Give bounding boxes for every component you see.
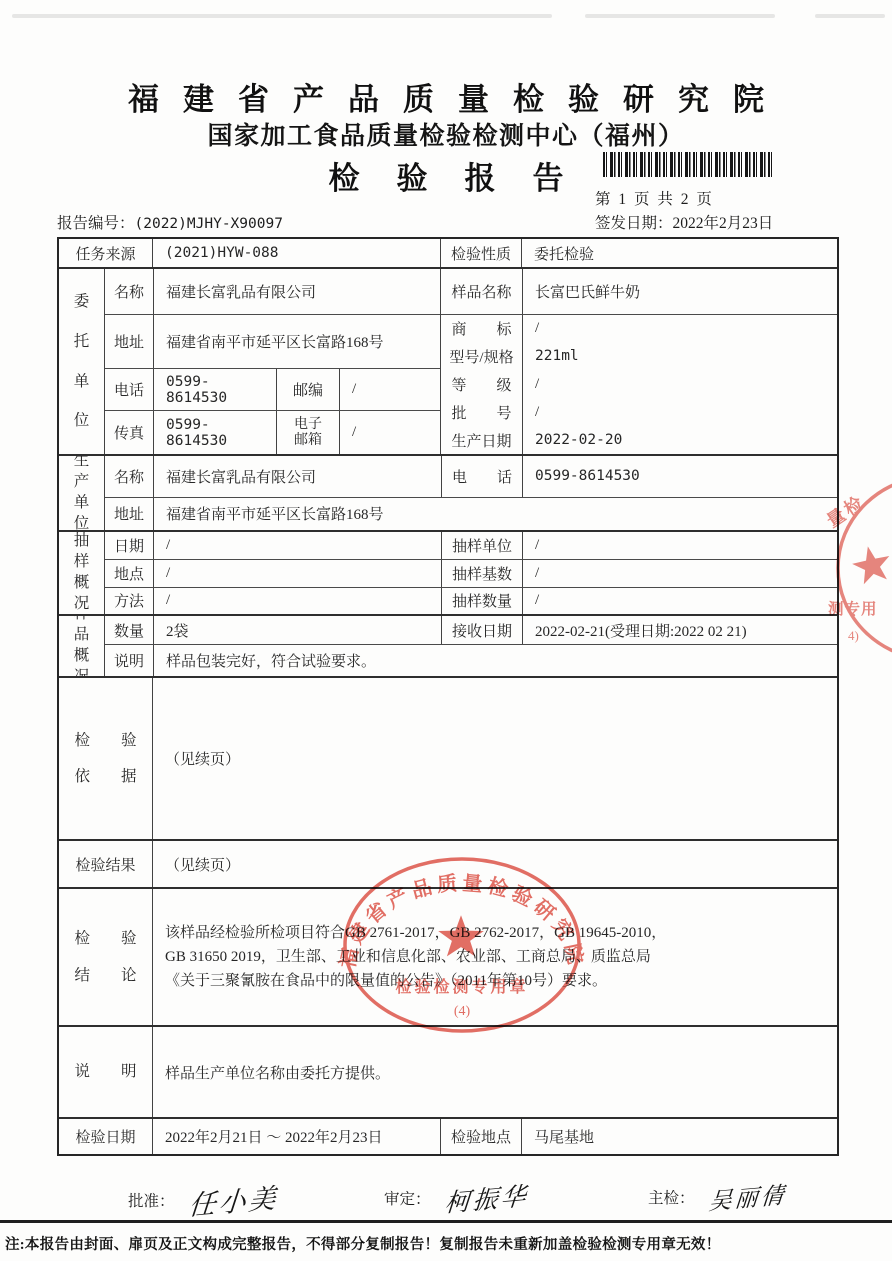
chief-label: 主检： bbox=[648, 1186, 695, 1208]
producer-phone-value: 0599-8614530 bbox=[522, 456, 837, 497]
prod-date-label: 生产日期 bbox=[441, 426, 522, 454]
producer-name-label: 名称 bbox=[105, 456, 153, 497]
client-address-value: 福建省南平市延平区长富路168号 bbox=[153, 315, 440, 368]
client-name-label: 名称 bbox=[105, 269, 153, 314]
issue-date-value: 2022年2月23日 bbox=[673, 215, 774, 232]
spec-value: 221ml bbox=[523, 342, 837, 370]
sample-name-label: 样品名称 bbox=[441, 269, 522, 314]
scan-streak bbox=[815, 14, 885, 18]
client-fax-row: 传真 0599-8614530 电子 邮箱 / bbox=[105, 410, 440, 454]
producer-fields: 名称 福建长富乳品有限公司 电 话 0599-8614530 地址 福建省南平市… bbox=[104, 456, 837, 530]
inspection-place-value: 马尾基地 bbox=[521, 1119, 837, 1154]
chief-signature: 吴丽倩 bbox=[707, 1176, 788, 1216]
client-phone-value: 0599-8614530 bbox=[153, 369, 276, 411]
client-name-value: 福建长富乳品有限公司 bbox=[153, 269, 440, 314]
approve-signature-group: 批准： 任小美 bbox=[128, 1180, 279, 1219]
batch-label: 批 号 bbox=[441, 398, 522, 426]
client-name-row: 名称 福建长富乳品有限公司 bbox=[105, 269, 440, 314]
task-source-value: (2021)HYW-088 bbox=[152, 239, 440, 267]
sampling-date-value: / bbox=[153, 532, 441, 559]
prod-date-value: 2022-02-20 bbox=[523, 426, 837, 454]
sampling-method-label: 方法 bbox=[105, 588, 153, 614]
edge-stamp-star-icon bbox=[849, 542, 892, 585]
sample-fields: 样品名称 长富巴氏鲜牛奶 商 标 型号/规格 等 级 批 号 生产日期 / 22… bbox=[440, 269, 837, 454]
producer-phone-label: 电 话 bbox=[441, 456, 522, 497]
grade-label: 等 级 bbox=[441, 370, 522, 398]
inspection-nature-value: 委托检验 bbox=[521, 239, 837, 267]
edge-stamp-number: 4) bbox=[848, 628, 859, 643]
section-client: 委 托 单 位 名称 福建长富乳品有限公司 地址 福建省南平市延平区长富路168… bbox=[59, 267, 837, 454]
remark-value: 样品生产单位名称由委托方提供。 bbox=[152, 1027, 837, 1117]
edge-stamp-bottom-text: 测专用 bbox=[828, 599, 878, 618]
section-remark: 说 明 样品生产单位名称由委托方提供。 bbox=[59, 1025, 837, 1117]
sample-name-row: 样品名称 长富巴氏鲜牛奶 bbox=[441, 269, 837, 314]
producer-address-value: 福建省南平市延平区长富路168号 bbox=[153, 498, 837, 530]
client-address-row: 地址 福建省南平市延平区长富路168号 bbox=[105, 314, 440, 368]
receive-date-label: 接收日期 bbox=[441, 616, 522, 644]
inspection-date-value: 2022年2月21日 ～ 2022年2月23日 bbox=[152, 1119, 440, 1154]
client-fax-label: 传真 bbox=[105, 411, 153, 454]
chief-signature-group: 主检： 吴丽倩 bbox=[648, 1180, 787, 1213]
inspection-place-label: 检验地点 bbox=[440, 1119, 521, 1154]
report-number-label: 报告编号： bbox=[57, 215, 135, 232]
sample-desc-row: 说明 样品包装完好，符合试验要求。 bbox=[105, 644, 837, 676]
sample-name-value: 长富巴氏鲜牛奶 bbox=[522, 269, 837, 314]
official-stamp: 福建省产品质量检验研究院 检验检测专用章 (4) bbox=[337, 852, 587, 1038]
producer-name-value: 福建长富乳品有限公司 bbox=[153, 456, 441, 497]
sampling-place-label: 地点 bbox=[105, 560, 153, 586]
spec-label: 型号/规格 bbox=[441, 342, 522, 370]
grade-value: / bbox=[523, 370, 837, 398]
producer-group-label: 生产 单位 bbox=[59, 456, 104, 530]
client-group-label: 委 托 单 位 bbox=[59, 269, 104, 454]
sampling-unit-label: 抽样单位 bbox=[441, 532, 522, 559]
brand-value: / bbox=[523, 315, 837, 343]
review-signature-group: 审定： 柯振华 bbox=[384, 1180, 529, 1216]
issue-date: 签发日期：2022年2月23日 bbox=[595, 211, 773, 233]
institute-title: 福建省产品质量检验研究院 bbox=[0, 74, 892, 119]
approve-label: 批准： bbox=[128, 1189, 175, 1211]
sampling-group-label: 抽样 概况 bbox=[59, 532, 104, 614]
producer-address-label: 地址 bbox=[105, 498, 153, 530]
client-email-label: 电子 邮箱 bbox=[276, 411, 339, 454]
sample-state-group-label: 样品 概况 bbox=[59, 616, 104, 676]
client-email-value: / bbox=[339, 411, 440, 454]
sample-qty-row: 数量 2袋 接收日期 2022-02-21(受理日期:2022 02 21) bbox=[105, 616, 837, 644]
edge-stamp-top-text: 量检 bbox=[822, 490, 869, 531]
sample-detail-labels: 商 标 型号/规格 等 级 批 号 生产日期 bbox=[441, 315, 522, 454]
stamp-star-icon bbox=[438, 915, 484, 956]
sample-state-rows: 数量 2袋 接收日期 2022-02-21(受理日期:2022 02 21) 说… bbox=[104, 616, 837, 676]
result-label: 检验结果 bbox=[59, 841, 152, 887]
sampling-base-label: 抽样基数 bbox=[441, 560, 522, 586]
report-number-value: (2022)MJHY-X90097 bbox=[135, 216, 283, 232]
sampling-row-place: 地点 / 抽样基数 / bbox=[105, 559, 837, 586]
sampling-row-method: 方法 / 抽样数量 / bbox=[105, 587, 837, 614]
inspection-nature-label: 检验性质 bbox=[440, 239, 521, 267]
sampling-place-value: / bbox=[153, 560, 441, 586]
sampling-date-label: 日期 bbox=[105, 532, 153, 559]
section-basis: 检 验 依 据 （见续页） bbox=[59, 676, 837, 839]
basis-value: （见续页） bbox=[152, 678, 837, 839]
sampling-qty-value: / bbox=[522, 588, 837, 614]
sampling-base-value: / bbox=[522, 560, 837, 586]
sampling-unit-value: / bbox=[522, 532, 837, 559]
client-phone-label: 电话 bbox=[105, 369, 153, 411]
remark-label: 说 明 bbox=[59, 1027, 152, 1117]
conclusion-label: 检 验 结 论 bbox=[59, 889, 152, 1025]
client-zip-value: / bbox=[339, 369, 440, 411]
sampling-row-date: 日期 / 抽样单位 / bbox=[105, 532, 837, 559]
stamp-number: (4) bbox=[454, 1004, 471, 1019]
brand-label: 商 标 bbox=[441, 315, 522, 343]
inspection-date-label: 检验日期 bbox=[59, 1119, 152, 1154]
sampling-qty-label: 抽样数量 bbox=[441, 588, 522, 614]
footer-note: 注:本报告由封面、扉页及正文构成完整报告，不得部分复制报告！复制报告未重新加盖检… bbox=[5, 1233, 885, 1254]
review-signature: 柯振华 bbox=[443, 1176, 530, 1220]
sample-detail-values: / 221ml / / 2022-02-20 bbox=[522, 315, 837, 454]
bottom-rule bbox=[0, 1220, 892, 1223]
producer-name-row: 名称 福建长富乳品有限公司 电 话 0599-8614530 bbox=[105, 456, 837, 497]
testing-center-subtitle: 国家加工食品质量检验检测中心（福州） bbox=[0, 116, 892, 152]
section-sample-state: 样品 概况 数量 2袋 接收日期 2022-02-21(受理日期:2022 02… bbox=[59, 614, 837, 676]
edge-stamp: 量检 测专用 4) bbox=[820, 472, 892, 668]
report-number: 报告编号：(2022)MJHY-X90097 bbox=[57, 211, 283, 233]
issue-date-label: 签发日期： bbox=[595, 215, 673, 232]
client-phone-row: 电话 0599-8614530 邮编 / bbox=[105, 368, 440, 411]
sample-desc-value: 样品包装完好，符合试验要求。 bbox=[153, 645, 837, 676]
scanned-inspection-report: 福建省产品质量检验研究院 国家加工食品质量检验检测中心（福州） 检验报告 第 1… bbox=[0, 0, 892, 1261]
client-fax-value: 0599-8614530 bbox=[153, 411, 276, 454]
scan-streak bbox=[12, 14, 552, 18]
scan-streak bbox=[585, 14, 775, 18]
section-producer: 生产 单位 名称 福建长富乳品有限公司 电 话 0599-8614530 地址 … bbox=[59, 454, 837, 530]
sample-qty-label: 数量 bbox=[105, 616, 153, 644]
review-label: 审定： bbox=[384, 1187, 431, 1209]
sample-detail-block: 商 标 型号/规格 等 级 批 号 生产日期 / 221ml / / 2022-… bbox=[441, 314, 837, 454]
batch-value: / bbox=[523, 398, 837, 426]
task-source-label: 任务来源 bbox=[59, 239, 152, 267]
barcode bbox=[603, 152, 773, 177]
receive-date-value: 2022-02-21(受理日期:2022 02 21) bbox=[522, 616, 837, 644]
sampling-method-value: / bbox=[153, 588, 441, 614]
stamp-seal-type: 检验检测专用章 bbox=[395, 977, 528, 996]
section-sampling: 抽样 概况 日期 / 抽样单位 / 地点 / 抽样基数 / 方法 / 抽样数 bbox=[59, 530, 837, 614]
sampling-rows: 日期 / 抽样单位 / 地点 / 抽样基数 / 方法 / 抽样数量 / bbox=[104, 532, 837, 614]
page-number: 第 1 页 共 2 页 bbox=[595, 187, 714, 209]
section-date-place: 检验日期 2022年2月21日 ～ 2022年2月23日 检验地点 马尾基地 bbox=[59, 1117, 837, 1154]
row-task-source: 任务来源 (2021)HYW-088 检验性质 委托检验 bbox=[59, 239, 837, 267]
client-address-label: 地址 bbox=[105, 315, 153, 368]
basis-label: 检 验 依 据 bbox=[59, 678, 152, 839]
sample-desc-label: 说明 bbox=[105, 645, 153, 676]
sample-qty-value: 2袋 bbox=[153, 616, 441, 644]
client-zip-label: 邮编 bbox=[276, 369, 339, 411]
producer-address-row: 地址 福建省南平市延平区长富路168号 bbox=[105, 497, 837, 530]
approve-signature: 任小美 bbox=[187, 1176, 280, 1223]
client-fields: 名称 福建长富乳品有限公司 地址 福建省南平市延平区长富路168号 电话 059… bbox=[104, 269, 440, 454]
